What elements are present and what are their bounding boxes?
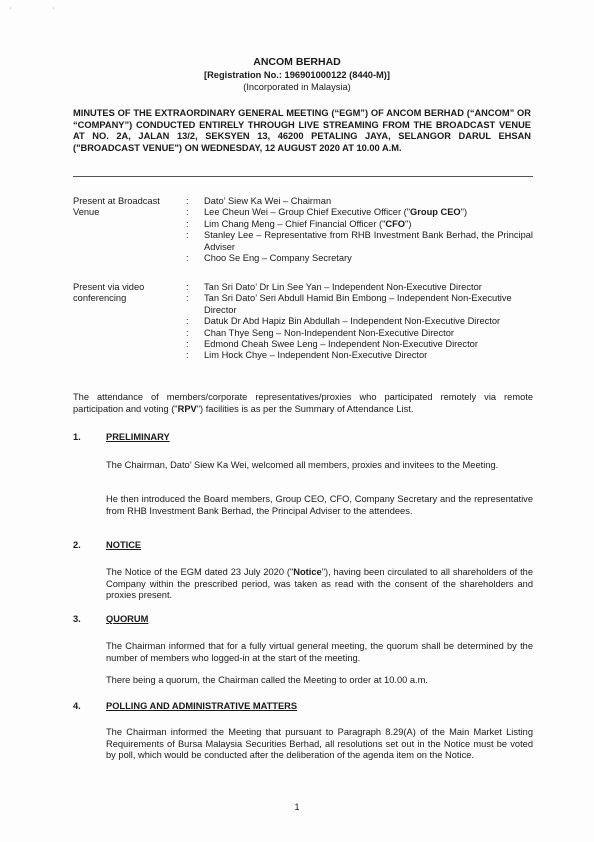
section-3-paragraph-1: The Chairman informed that for a fully v…: [106, 641, 533, 664]
scan-specks: ' ': [10, 8, 74, 14]
attendance-list-video: :Tan Sri Dato’ Dr Lin See Yan – Independ…: [186, 282, 533, 362]
incorporation-note: (Incorporated in Malaysia): [0, 82, 594, 92]
attendee-row: :Choo Se Eng – Company Secretary: [186, 253, 533, 264]
page-number: 1: [0, 802, 594, 812]
attendee-row: :Chan Thye Seng – Non-Independent Non-Ex…: [186, 328, 533, 339]
company-name: ANCOM BERHAD: [0, 56, 594, 68]
title-divider: [73, 176, 533, 177]
attendance-label-broadcast: Present at Broadcast Venue: [73, 196, 183, 219]
attendee-row: :Edmond Cheah Swee Leng – Independent No…: [186, 339, 533, 350]
attendance-note: The attendance of members/corporate repr…: [73, 392, 533, 415]
attendance-list-broadcast: :Dato’ Siew Ka Wei – Chairman :Lee Cheun…: [186, 196, 533, 264]
attendee-row: :Tan Sri Dato’ Seri Abdull Hamid Bin Emb…: [186, 293, 533, 316]
attendee-row: :Tan Sri Dato’ Dr Lin See Yan – Independ…: [186, 282, 533, 293]
attendee-row: :Lim Chang Meng – Chief Financial Office…: [186, 219, 533, 230]
attendance-label-video: Present via video conferencing: [73, 282, 183, 305]
attendee-row: :Stanley Lee – Representative from RHB I…: [186, 230, 533, 253]
section-1-paragraph-1: The Chairman, Dato’ Siew Ka Wei, welcome…: [106, 460, 533, 472]
attendee-row: :Lee Cheun Wei – Group Chief Executive O…: [186, 207, 533, 218]
section-4-paragraph: The Chairman informed the Meeting that p…: [106, 727, 533, 762]
attendee-row: :Lim Hock Chye – Independent Non-Executi…: [186, 350, 533, 361]
section-2-paragraph: The Notice of the EGM dated 23 July 2020…: [106, 567, 533, 602]
section-3-paragraph-2: There being a quorum, the Chairman calle…: [106, 675, 533, 687]
registration-number: [Registration No.: 196901000122 (8440-M)…: [0, 70, 594, 80]
document-page: ' ' ANCOM BERHAD [Registration No.: 1969…: [0, 0, 594, 842]
document-title: MINUTES OF THE EXTRAORDINARY GENERAL MEE…: [73, 108, 531, 154]
attendee-row: :Dato’ Siew Ka Wei – Chairman: [186, 196, 533, 207]
attendee-row: :Datuk Dr Abd Hapiz Bin Abdullah – Indep…: [186, 316, 533, 327]
section-1-paragraph-2: He then introduced the Board members, Gr…: [106, 494, 533, 517]
